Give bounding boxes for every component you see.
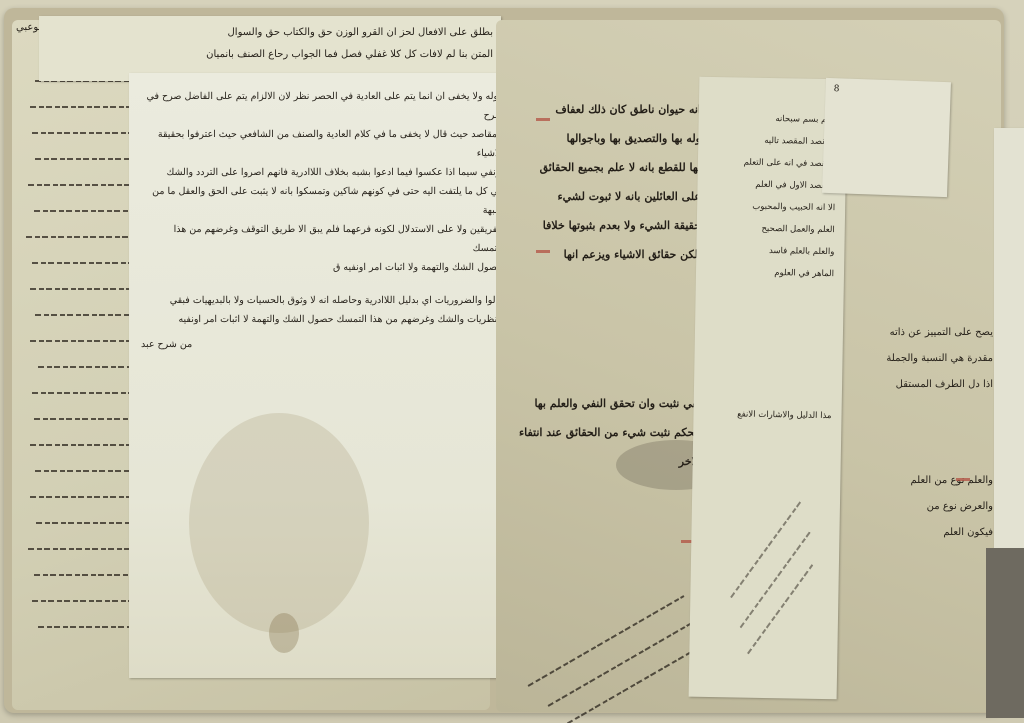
body-line: حقيقة الشيء ولا بعدم بثبوتها خلافا xyxy=(506,211,701,240)
slip-note-line: النظريات والشك وغرضهم من هذا التمسك حصول… xyxy=(141,310,503,329)
open-manuscript-book: منوعبي ب xyxy=(4,8,1004,713)
stain xyxy=(269,613,299,653)
slip-line: قوله ولا يخفى ان انما يتم على العادية في… xyxy=(141,87,503,125)
photo-background: Photograph of an open Arabic manuscript … xyxy=(0,0,1024,723)
slip-right-line: مذا الدليل والاشارات الانفع xyxy=(703,403,831,427)
slip-main-text: قوله ولا يخفى ان انما يتم على العادية في… xyxy=(141,87,503,354)
slip-note-line: قالوا والضروريات اي بدليل اللاادرية وحاص… xyxy=(141,291,503,310)
folio-number: 8 xyxy=(833,84,839,94)
body-line: وله بها والتصديق بها وباجوالها xyxy=(506,124,701,153)
slip-line: المقاصد حيث قال لا يخفى ما في كلام العاد… xyxy=(141,125,503,163)
pasted-slip-tab: 8 xyxy=(822,78,951,197)
slip-right-line: المقصد في انه على التعلم xyxy=(708,151,836,175)
pasted-slip-main: قوله ولا يخفى ان انما يتم على العادية في… xyxy=(129,73,511,678)
dark-cover-edge xyxy=(986,548,1024,718)
image-description: Photograph of an open Arabic manuscript … xyxy=(0,0,1,1)
slip-right-line: العلم والعمل الصحيح xyxy=(707,217,835,241)
loose-slip-edge xyxy=(994,128,1024,558)
margin-line: والعرض نوع من xyxy=(843,494,993,520)
pasted-slip-top: بطلق على الافعال لحز ان القرو الوزن حق و… xyxy=(39,16,501,81)
outer-margin-notes: يصح على التمييز عن ذاته مقدرة هي النسبة … xyxy=(843,320,993,546)
slip-line: حصول الشك والتهمة ولا اثبات امر اونفيه ق xyxy=(141,258,503,277)
top-slip-line: بطلق على الافعال لحز ان القرو الوزن حق و… xyxy=(53,22,493,44)
slip-right-text: بسم بسم سبحانه المقصد المقصد تاليه المقص… xyxy=(703,107,837,427)
slip-right-line: بسم بسم سبحانه xyxy=(709,107,837,131)
slip-right-line: الماهر في العلوم xyxy=(706,261,834,285)
margin-line: مقدرة هي النسبة والجملة xyxy=(843,346,993,372)
slip-right-line: المقصد الاول في العلم xyxy=(707,173,835,197)
stain xyxy=(189,413,369,633)
margin-line: يصح على التمييز عن ذاته xyxy=(843,320,993,346)
margin-line: فيكون العلم xyxy=(843,520,993,546)
margin-line: والعلم نوع من العلم xyxy=(843,468,993,494)
slip-right-line: الا انه الحبيب والمحبوب xyxy=(707,195,835,219)
slip-line: اونفي سيما اذا عكسوا فيما ادعوا بشبه بخل… xyxy=(141,163,503,182)
body-line: الكن حقائق الاشياء ويزعم انها xyxy=(506,240,701,269)
slip-line: في كل ما يلتفت اليه حتى في كونهم شاكين و… xyxy=(141,182,503,220)
body-line: نفي نثبت وان تحقق النفي والعلم بها xyxy=(506,389,701,418)
margin-line: اذا دل الطرف المستقل xyxy=(843,372,993,398)
top-slip-line: المتن بنا لم لافات كل كلا غفلي فصل فما ا… xyxy=(53,44,493,66)
slip-right-line: والعلم بالعلم فاسد xyxy=(706,239,834,263)
slip-signature: من شرح عبد xyxy=(141,335,503,354)
body-line: بها للقطع بانه لا علم بجميع الحقائق xyxy=(506,153,701,182)
right-page-body: انه حيوان ناطق كان ذلك لعفاف وله بها وال… xyxy=(506,95,701,476)
slip-right-line: المقصد المقصد تاليه xyxy=(708,129,836,153)
body-line: على العائلين بانه لا ثبوت لشيء xyxy=(506,182,701,211)
slip-line: الفريقين ولا على الاستدلال لكونه فرعهما … xyxy=(141,220,503,258)
